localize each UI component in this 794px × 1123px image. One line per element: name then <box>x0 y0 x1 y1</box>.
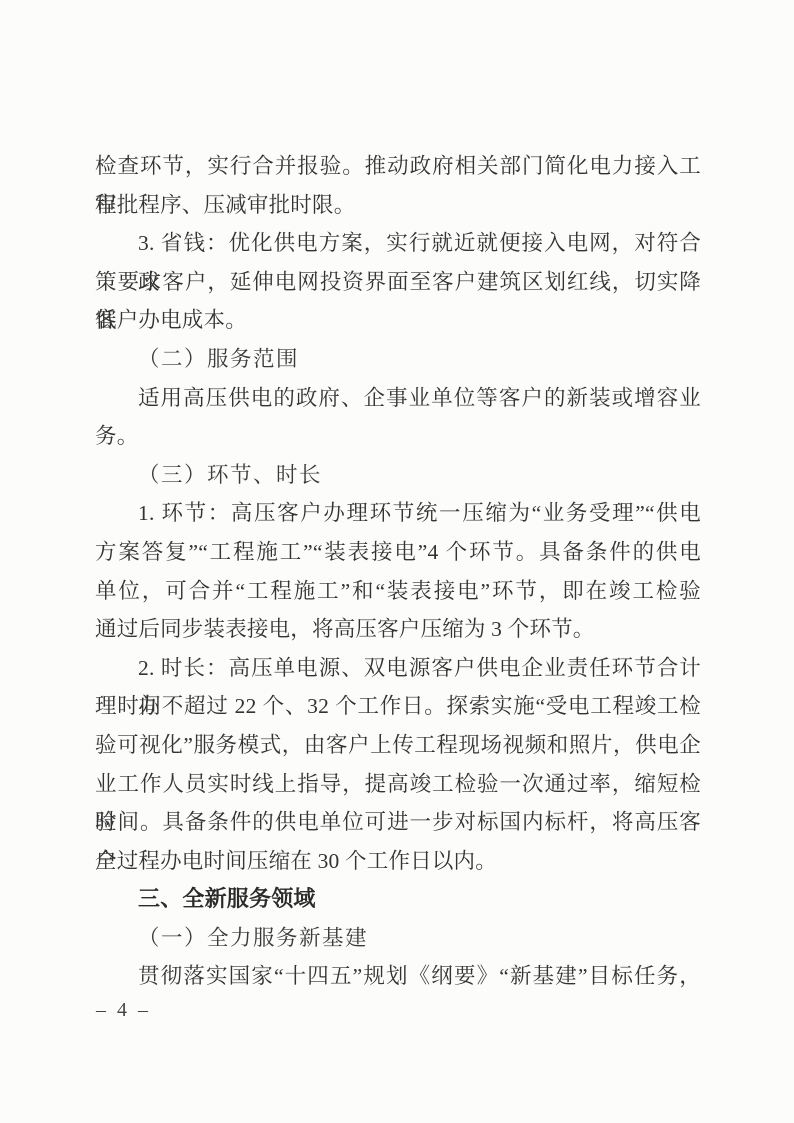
document-body: 检查环节，实行合并报验。推动政府相关部门简化电力接入工程 审批程序、压减审批时限… <box>95 147 701 996</box>
body-line: 时间。具备条件的供电单位可进一步对标国内标杆，将高压客户 <box>95 803 701 842</box>
body-line: 1. 环节：高压客户办理环节统一压缩为“业务受理”“供电 <box>95 494 701 533</box>
body-line: 通过后同步装表接电，将高压客户压缩为 3 个环节。 <box>95 610 701 649</box>
body-line: 检查环节，实行合并报验。推动政府相关部门简化电力接入工程 <box>95 147 701 186</box>
page-number: – 4 – <box>96 997 151 1023</box>
document-page: 检查环节，实行合并报验。推动政府相关部门简化电力接入工程 审批程序、压减审批时限… <box>0 0 794 1123</box>
body-line: 2. 时长：高压单电源、双电源客户供电企业责任环节合计办 <box>95 649 701 688</box>
section-heading-2: （二）服务范围 <box>95 340 701 379</box>
body-line: 全过程办电时间压缩在 30 个工作日以内。 <box>95 842 701 881</box>
body-line: 理时间不超过 22 个、32 个工作日。探索实施“受电工程竣工检 <box>95 687 701 726</box>
body-line: 审批程序、压减审批时限。 <box>95 186 701 225</box>
body-line: 业工作人员实时线上指导，提高竣工检验一次通过率，缩短检验 <box>95 765 701 804</box>
body-line: 策要求客户，延伸电网投资界面至客户建筑区划红线，切实降低 <box>95 263 701 302</box>
body-line: 适用高压供电的政府、企事业单位等客户的新装或增容业 <box>95 379 701 418</box>
body-line: 务。 <box>95 417 701 456</box>
body-line: 贯彻落实国家“十四五”规划《纲要》“新基建”目标任务， <box>95 957 701 996</box>
body-line: 方案答复”“工程施工”“装表接电”4 个环节。具备条件的供电 <box>95 533 701 572</box>
body-line: 验可视化”服务模式，由客户上传工程现场视频和照片，供电企 <box>95 726 701 765</box>
body-line: 单位，可合并“工程施工”和“装表接电”环节，即在竣工检验 <box>95 572 701 611</box>
body-line: 客户办电成本。 <box>95 301 701 340</box>
section-heading-2: （三）环节、时长 <box>95 456 701 495</box>
section-heading-1: 三、全新服务领域 <box>95 880 701 919</box>
section-heading-2: （一）全力服务新基建 <box>95 919 701 958</box>
body-line: 3. 省钱：优化供电方案，实行就近就便接入电网，对符合政 <box>95 224 701 263</box>
